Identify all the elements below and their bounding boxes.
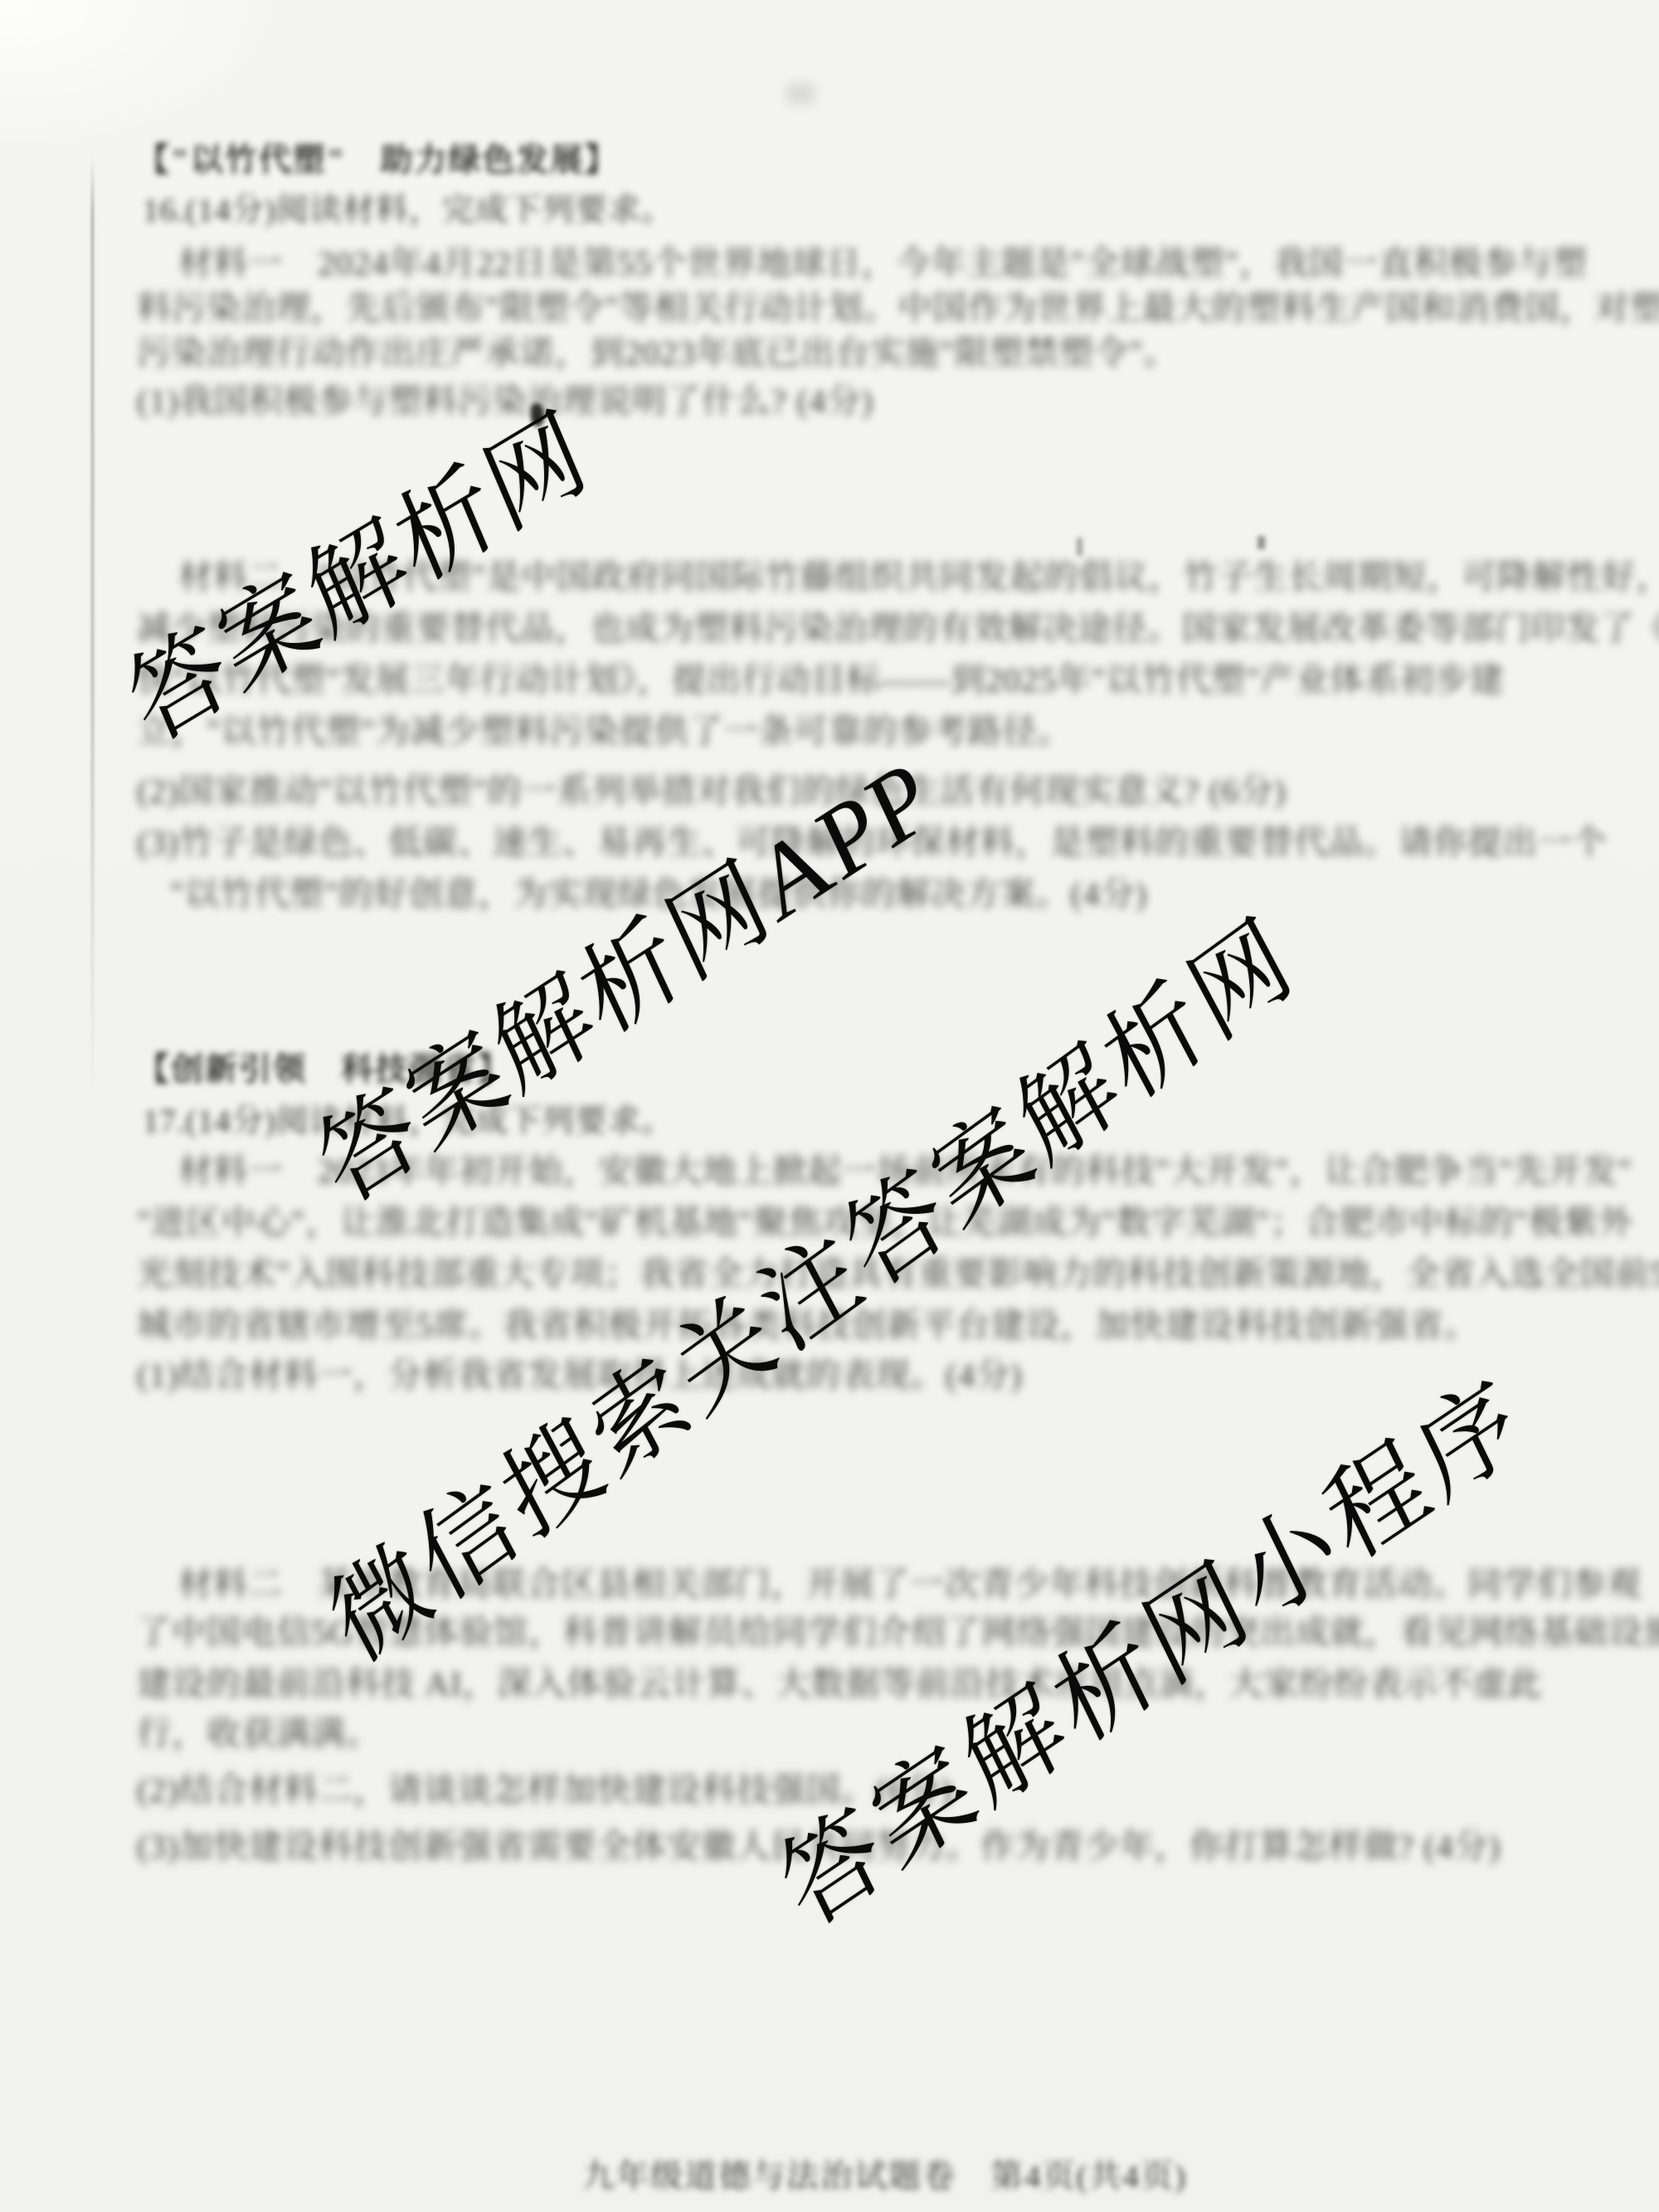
- q16-section-header: 【"以竹代塑" 助力绿色发展】: [137, 134, 618, 181]
- q16-material1-line3: 污染治理行动作出庄严承诺，到2023年底已出台实施"限塑禁塑令"。: [137, 325, 1178, 374]
- q16-material1-line2: 料污染治理，先后颁布"限塑令"等相关行动计划。中国作为世界上最大的塑料生产国和消…: [137, 280, 1659, 329]
- q17-material2-line4: 行，收获满满。: [137, 1706, 381, 1755]
- q17-material2-line3: 建设的最前沿科技 AI，深入体验云计算、大数据等前沿技术应用点滴，大家纷纷表示不…: [137, 1656, 1543, 1705]
- ink-artifact: [1258, 536, 1265, 549]
- page-footer: 九年级道德与法治试题卷 第4页(共4页): [582, 2151, 1187, 2197]
- q16-question2: (2)国家推动"以竹代塑"的一系列举措对我们的绿色生活有何现实意义? (6分): [137, 763, 1287, 812]
- exam-paper-scan: 【"以竹代塑" 助力绿色发展】 16.(14分)阅读材料，完成下列要求。 材料一…: [0, 0, 1659, 2212]
- q16-material2-line4: 立，"以竹代塑"为减少塑料污染提供了一条可靠的参考路径。: [137, 704, 1072, 753]
- scan-smudge: [786, 83, 815, 105]
- q16-material1-line1: 材料一 2024年4月22日是第55个世界地球日，今年主题是"全球战塑"，我国一…: [178, 236, 1588, 285]
- scan-fold-line: [91, 156, 94, 1110]
- q16-stem: 16.(14分)阅读材料，完成下列要求。: [143, 184, 674, 231]
